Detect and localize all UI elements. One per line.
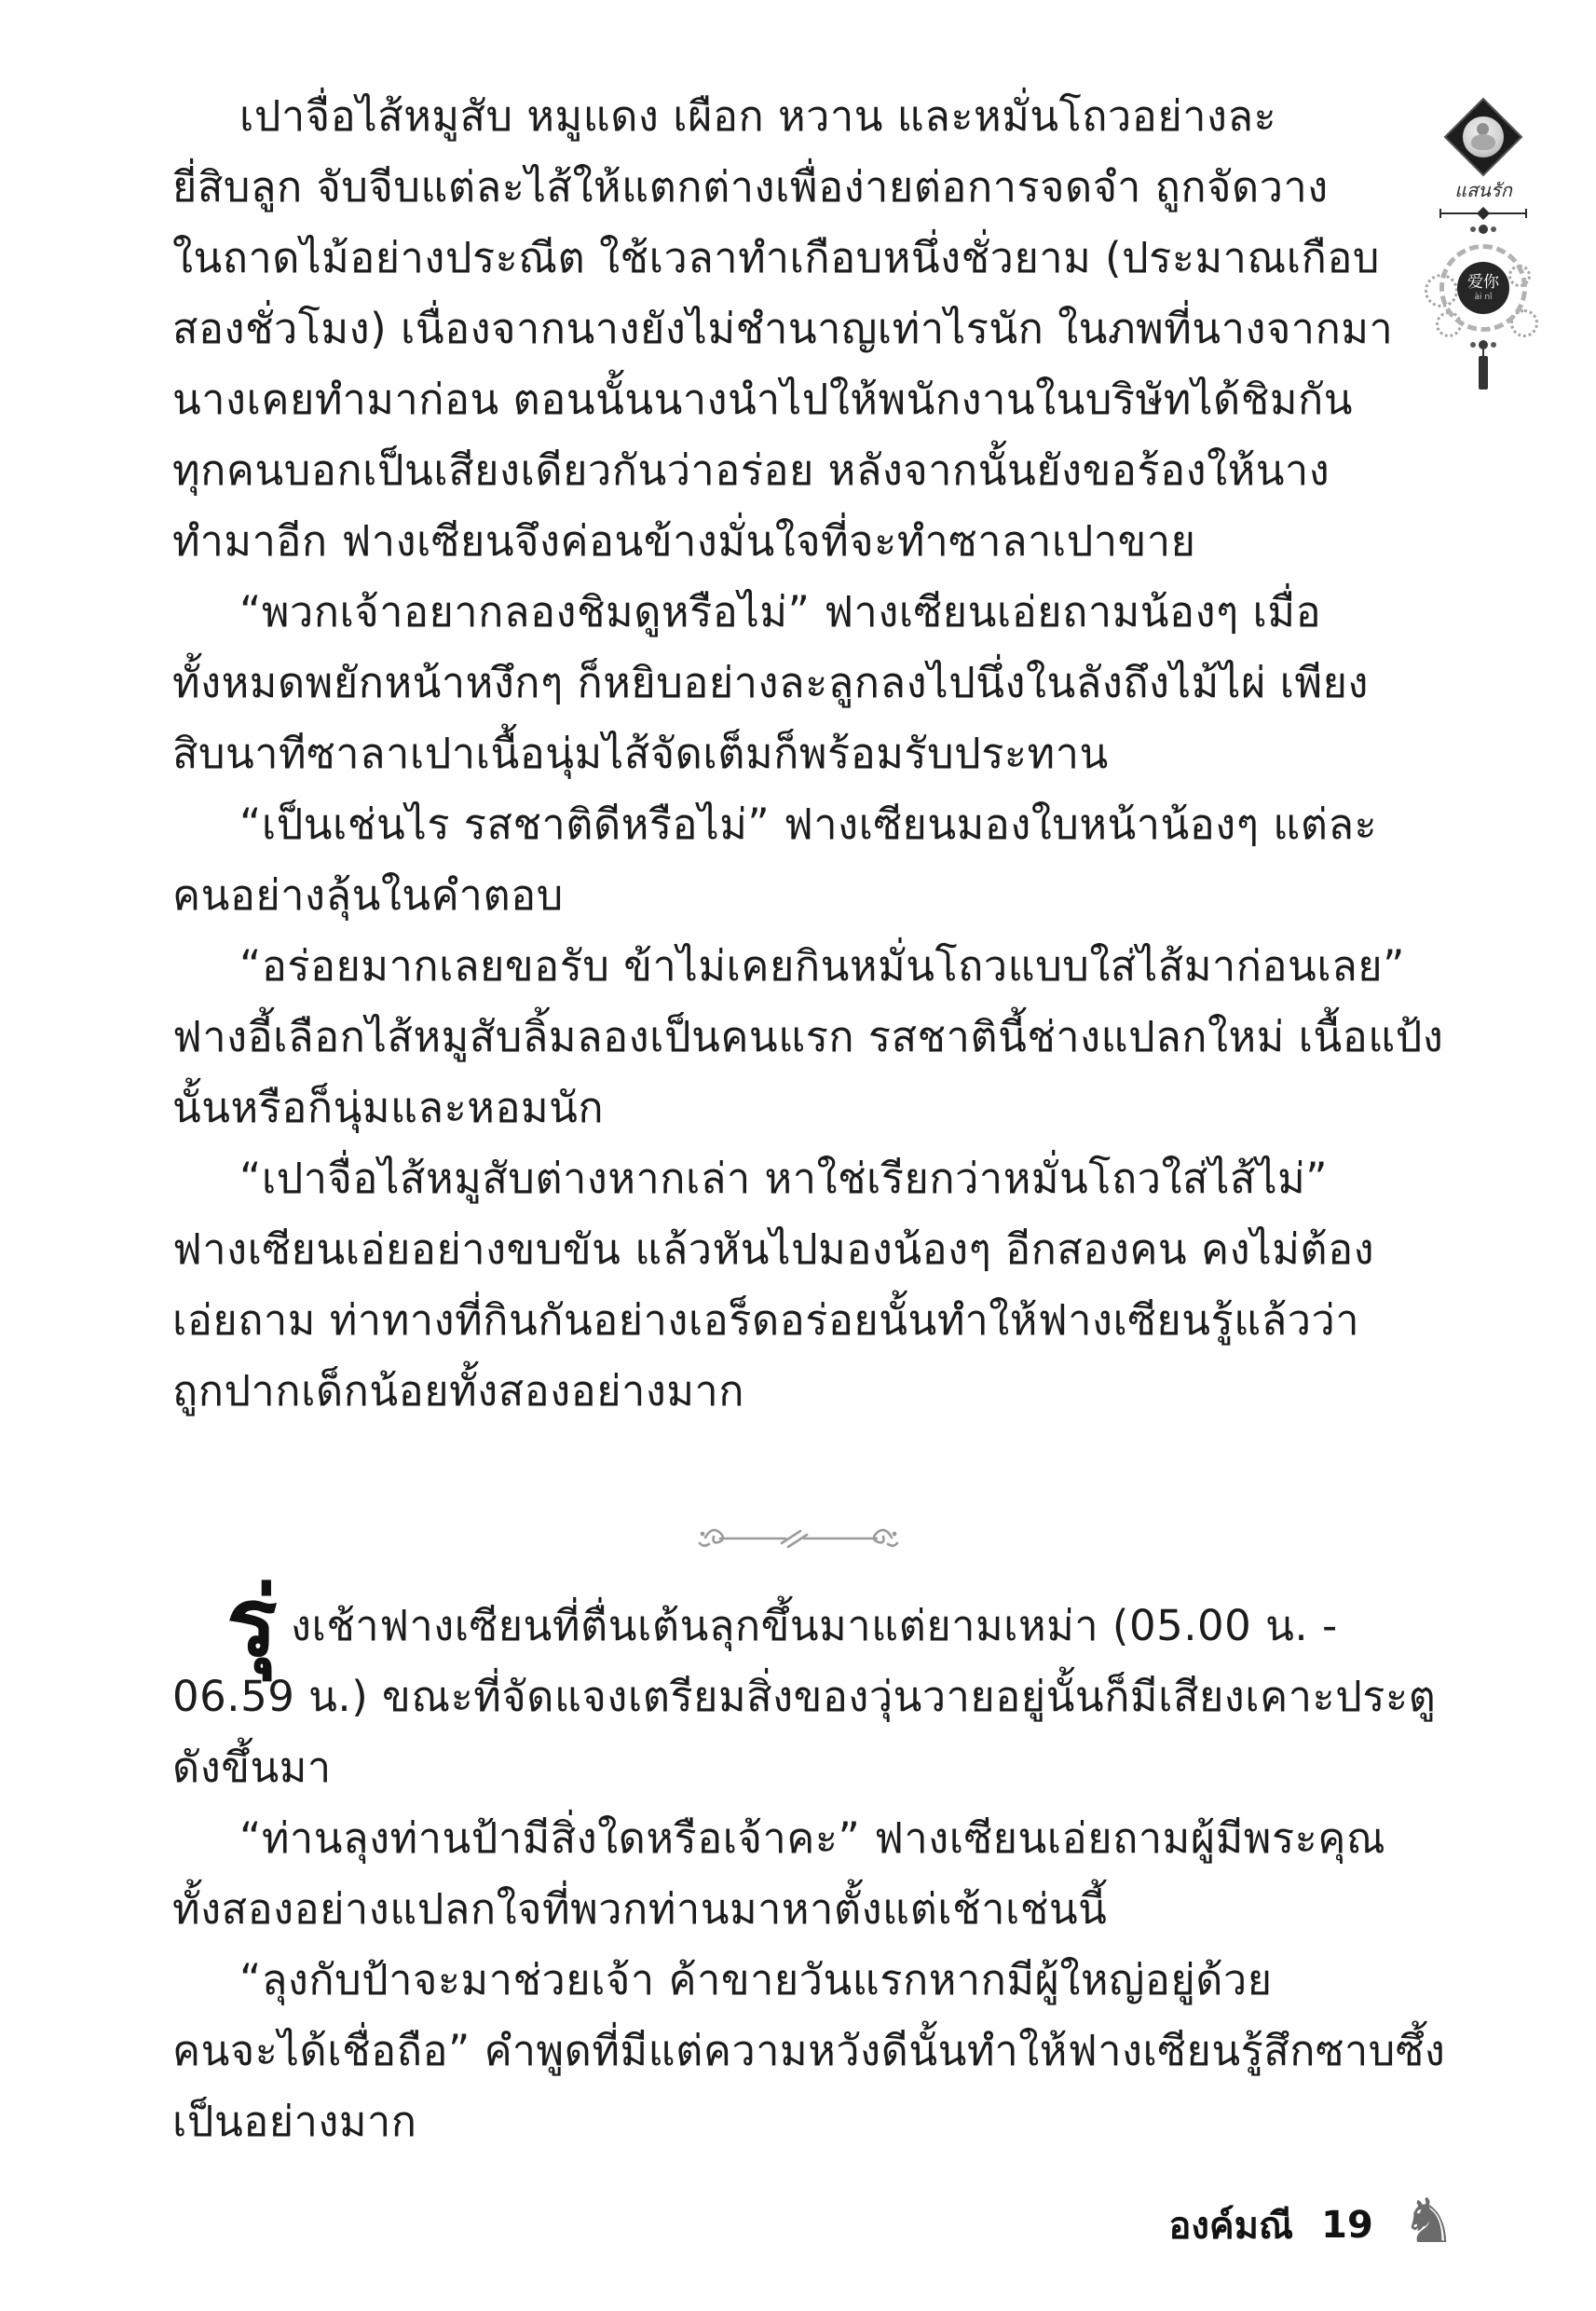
emblem-thai-label: แสนรัก [1454, 175, 1512, 205]
text-line: สองชั่วโมง) เนื่องจากนางยังไม่ชำนาญเท่าไ… [172, 294, 1426, 364]
text-line: เอ่ยถาม ท่าทางที่กินกันอย่างเอร็ดอร่อยนั… [172, 1285, 1426, 1356]
text-line: นั้นหรือก็นุ่มและหอมนัก [172, 1073, 1426, 1143]
emblem-diamond [1449, 103, 1518, 171]
text-line: 06.59 น.) ขณะที่จัดแจงเตรียมสิ่งของวุ่นว… [172, 1661, 1426, 1732]
book-page: แสนรัก 爱你 ài nǐ เปาจื่อไส้หมูสับ หมูแดง … [0, 0, 1596, 2311]
text-line: ดังขึ้นมา [172, 1732, 1426, 1803]
page-footer: องค์มณี 19 ♞ [1168, 2192, 1456, 2259]
text-line: ในถาดไม้อย่างประณีต ใช้เวลาทำเกือบหนึ่งช… [172, 223, 1426, 294]
medallion-center: 爱你 ài nǐ [1457, 262, 1509, 314]
text-line: “ลุงกับป้าจะมาช่วยเจ้า ค้าขายวันแรกหากมี… [172, 1945, 1426, 2016]
drop-cap: รุ่ [226, 1576, 278, 1671]
text-line: งเช้าฟางเซียนที่ตื่นเต้นลุกขึ้นมาแต่ยามเ… [172, 1591, 1426, 1661]
text-line: “อร่อยมากเลยขอรับ ข้าไม่เคยกินหมั่นโถวแบ… [172, 931, 1426, 1002]
text-line: เปาจื่อไส้หมูสับ หมูแดง เผือก หวาน และหม… [172, 81, 1426, 152]
text-line: “เปาจื่อไส้หมูสับต่างหากเล่า หาใช่เรียกว… [172, 1143, 1426, 1214]
knot-icon [1479, 225, 1488, 234]
text-line: ถูกปากเด็กน้อยทั้งสองอย่างมาก [172, 1356, 1426, 1427]
arrow-ornament-icon [1437, 207, 1530, 220]
emblem-pinyin-label: ài nǐ [1474, 293, 1492, 302]
text-line: ฟางเซียนเอ่ยอย่างขบขัน แล้วหันไปมองน้องๆ… [172, 1214, 1426, 1285]
floral-medallion: 爱你 ài nǐ [1436, 240, 1531, 335]
publisher-emblem: แสนรัก 爱你 ài nǐ [1433, 103, 1534, 390]
text-line: ทำมาอีก ฟางเซียนจึงค่อนข้างมั่นใจที่จะทำ… [172, 506, 1426, 577]
book-title: องค์มณี [1168, 2195, 1293, 2255]
text-line: คนอย่างลุ้นในคำตอบ [172, 860, 1426, 931]
text-line: ทุกคนบอกเป็นเสียงเดียวกันว่าอร่อย หลังจา… [172, 435, 1426, 506]
text-line: ฟางอี้เลือกไส้หมูสับลิ้มลองเป็นคนแรก รสช… [172, 1002, 1426, 1073]
tassel-icon [1479, 356, 1488, 390]
text-line: “พวกเจ้าอยากลองชิมดูหรือไม่” ฟางเซียนเอ่… [172, 577, 1426, 648]
text-line: คนจะได้เชื่อถือ” คำพูดที่มีแต่ความหวังดี… [172, 2016, 1426, 2086]
scroll-flourish-icon [696, 1521, 901, 1558]
text-line: “เป็นเช่นไร รสชาติดีหรือไม่” ฟางเซียนมอง… [172, 789, 1426, 860]
page-number: 19 [1321, 2204, 1373, 2247]
horse-icon: ♞ [1401, 2191, 1456, 2252]
text-line: ยี่สิบลูก จับจีบแต่ละไส้ให้แตกต่างเพื่อง… [172, 152, 1426, 223]
body-text-section-2: รุ่ งเช้าฟางเซียนที่ตื่นเต้นลุกขึ้นมาแต่… [172, 1591, 1426, 2157]
body-text-section-1: เปาจื่อไส้หมูสับ หมูแดง เผือก หวาน และหม… [172, 81, 1426, 1427]
emblem-chinese-label: 爱你 [1467, 274, 1499, 292]
text-line: ทั้งสองอย่างแปลกใจที่พวกท่านมาหาตั้งแต่เ… [172, 1874, 1426, 1945]
text-line: “ท่านลุงท่านป้ามีสิ่งใดหรือเจ้าคะ” ฟางเซ… [172, 1803, 1426, 1874]
text-line: สิบนาทีซาลาเปาเนื้อนุ่มไส้จัดเต็มก็พร้อม… [172, 718, 1426, 789]
portrait-cameo-icon [1463, 116, 1504, 157]
text-line: เป็นอย่างมาก [172, 2086, 1426, 2157]
text-line: ทั้งหมดพยักหน้าหงึกๆ ก็หยิบอย่างละลูกลงไ… [172, 648, 1426, 718]
text-line: นางเคยทำมาก่อน ตอนนั้นนางนำไปให้พนักงานใ… [172, 364, 1426, 435]
section-divider [0, 1521, 1596, 1558]
